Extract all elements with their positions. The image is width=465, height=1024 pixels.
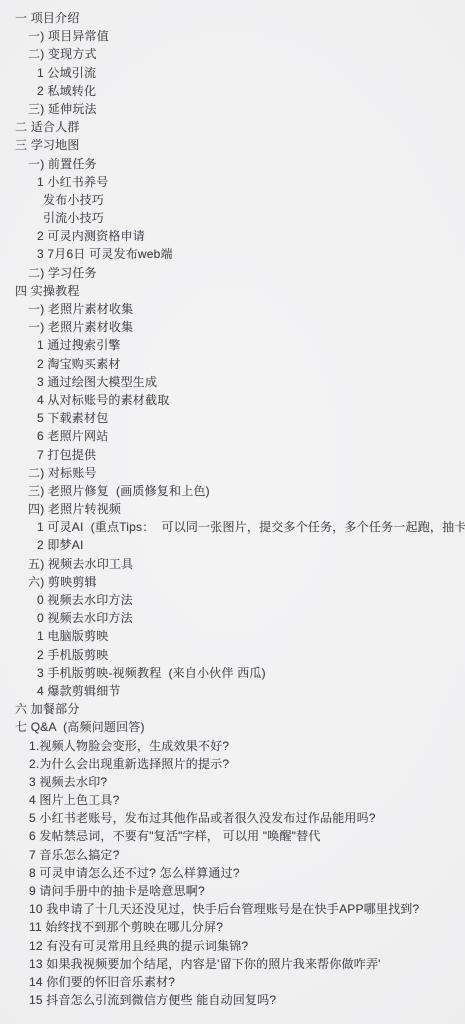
outline-item: 8 可灵申请怎么还不过? 怎么样算通过? [0,864,465,882]
outline-item: 5 下载素材包 [0,409,465,427]
outline-item: 5 小红书老账号，发布过其他作品或者很久没发布过作品能用吗? [0,809,465,827]
outline-item: 二 适合人群 [0,118,465,136]
outline-item: 发布小技巧 [0,191,465,209]
outline-item: 二) 对标账号 [0,464,465,482]
outline-item: 1 通过搜索引擎 [0,336,465,354]
outline-item: 四) 老照片转视频 [0,500,465,518]
outline-item: 3 通过绘图大模型生成 [0,373,465,391]
outline-item: 13 如果我视频要加个结尾，内容是'留下你的照片我来帮你做咋弄' [0,955,465,973]
outline-item: 3 视频去水印? [0,773,465,791]
outline-item: 4 从对标账号的素材截取 [0,391,465,409]
outline-item: 2 可灵内测资格申请 [0,227,465,245]
outline-item: 一) 项目异常值 [0,27,465,45]
outline-item: 2 私域转化 [0,82,465,100]
page: 一 项目介绍一) 项目异常值二) 变现方式1 公域引流2 私域转化三) 延伸玩法… [0,0,465,1024]
outline-item: 6 老照片网站 [0,427,465,445]
outline-item: 9 请问手册中的抽卡是啥意思啊? [0,882,465,900]
outline-item: 三 学习地图 [0,136,465,154]
outline-item: 15 抖音怎么引流到微信方便些 能自动回复吗? [0,991,465,1009]
outline-item: 6 发帖禁忌词，不要有"复活"字样， 可以用 "唤醒"替代 [0,827,465,845]
outline-item: 一) 老照片素材收集 [0,318,465,336]
outline-item: 0 视频去水印方法 [0,609,465,627]
outline-item: 六) 剪映剪辑 [0,573,465,591]
outline-item: 1 可灵AI (重点Tips： 可以同一张图片，提交多个任务，多个任务一起跑，抽… [0,518,465,536]
outline-item: 五) 视频去水印工具 [0,555,465,573]
outline-item: 12 有没有可灵常用且经典的提示词集锦? [0,937,465,955]
outline-item: 2 即梦AI [0,536,465,554]
outline-item: 3 7月6日 可灵发布web端 [0,245,465,263]
outline-item: 2 淘宝购买素材 [0,355,465,373]
outline-item: 14 你们要的怀旧音乐素材? [0,973,465,991]
outline-item: 0 视频去水印方法 [0,591,465,609]
outline-item: 三) 延伸玩法 [0,100,465,118]
outline-item: 7 打包提供 [0,446,465,464]
outline-item: 四 实操教程 [0,282,465,300]
outline-item: 2.为什么会出现重新选择照片的提示? [0,755,465,773]
outline-item: 一 项目介绍 [0,9,465,27]
outline-item: 1.视频人物脸会变形，生成效果不好? [0,737,465,755]
outline-item: 六 加餐部分 [0,700,465,718]
outline-item: 2 手机版剪映 [0,646,465,664]
outline-item: 4 爆款剪辑细节 [0,682,465,700]
outline-item: 引流小技巧 [0,209,465,227]
outline-item: 七 Q&A (高频问题回答) [0,718,465,736]
outline-item: 一) 老照片素材收集 [0,300,465,318]
outline-item: 二) 变现方式 [0,45,465,63]
outline-item: 1 电脑版剪映 [0,627,465,645]
outline-item: 10 我申请了十几天还没见过，快手后台管理账号是在快手APP哪里找到? [0,900,465,918]
outline-item: 三) 老照片修复 (画质修复和上色) [0,482,465,500]
outline-item: 3 手机版剪映-视频教程 (来自小伙伴 西瓜) [0,664,465,682]
outline-item: 11 始终找不到那个剪映在哪儿分屏? [0,918,465,936]
outline-item: 1 公域引流 [0,64,465,82]
document-outline: 一 项目介绍一) 项目异常值二) 变现方式1 公域引流2 私域转化三) 延伸玩法… [0,9,465,1009]
outline-item: 4 图片上色工具? [0,791,465,809]
outline-item: 1 小红书养号 [0,173,465,191]
outline-item: 二) 学习任务 [0,264,465,282]
outline-item: 7 音乐怎么搞定? [0,846,465,864]
outline-item: 一) 前置任务 [0,155,465,173]
